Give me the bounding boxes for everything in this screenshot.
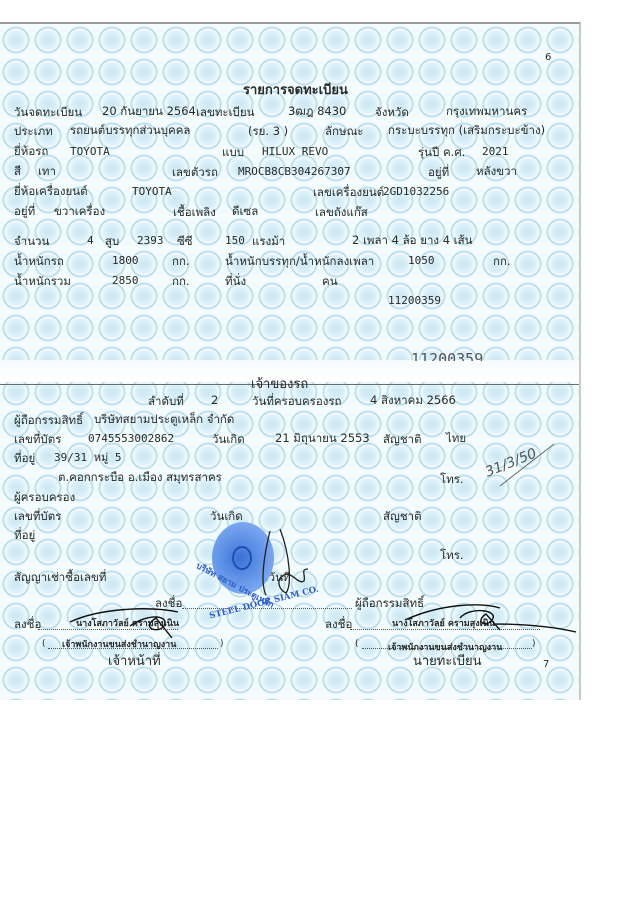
- seats-label: ที่นั่ง: [225, 276, 246, 288]
- serial-number: 11200359: [388, 295, 441, 306]
- gas-tank-label: เลขถังแก๊ส: [315, 207, 368, 219]
- engine-brand-value: TOYOTA: [132, 186, 172, 197]
- left-paren-open: (: [42, 640, 46, 649]
- owner-address-label: ที่อยู่: [14, 453, 35, 465]
- owner-nationality-value: ไทย: [446, 433, 466, 445]
- engine-loc-label: อยู่ที่: [14, 206, 35, 218]
- province-value: กรุงเทพมหานคร: [446, 106, 527, 118]
- gross-label: น้ำหนักรวม: [14, 276, 71, 288]
- hp-value: 150: [225, 235, 245, 246]
- left-official-role: เจ้าหน้าที่: [108, 655, 161, 668]
- gross-unit: กก.: [172, 276, 190, 288]
- right-official-role: นายทะเบียน: [413, 655, 482, 668]
- right-official-position: เจ้าพนักงานขนส่งชำนาญงาน: [388, 644, 502, 653]
- right-paren-open: (: [355, 640, 359, 649]
- cylinders-label: สูบ: [105, 236, 119, 248]
- seats-unit: คน: [322, 276, 338, 288]
- owner-id-value: 0745553002862: [88, 433, 174, 444]
- load-value: 1050: [408, 255, 435, 266]
- cc-value: 2393: [137, 235, 164, 246]
- type-code: (รย. 3 ): [248, 126, 288, 138]
- holder-value: บริษัทสยามประตูเหล็ก จำกัด: [94, 414, 234, 426]
- right-official-signature: [400, 600, 580, 640]
- page-number-top: 6: [545, 53, 551, 63]
- weight-value: 1800: [112, 255, 139, 266]
- plate-label: เลขทะเบียน: [196, 107, 254, 119]
- engine-loc-value: ขวาเครื่อง: [54, 206, 105, 218]
- brand-label: ยี่ห้อรถ: [14, 146, 48, 158]
- body-label: ลักษณะ: [325, 126, 363, 138]
- order-label: ลำดับที่: [148, 396, 184, 408]
- right-paren-close: ): [532, 640, 536, 649]
- possessor-address-label: ที่อยู่: [14, 530, 35, 542]
- possession-date-label: วันที่ครอบครองรถ: [252, 396, 342, 408]
- owner-address-line2: ต.คอกกระบือ อ.เมือง สมุทรสาคร: [58, 472, 222, 484]
- holder-signature: [240, 525, 330, 605]
- type-value: รถยนต์บรรทุกส่วนบุคคล: [70, 125, 190, 137]
- province-label: จังหวัด: [375, 107, 409, 119]
- model-value: HILUX REVO: [262, 146, 328, 157]
- fuel-value: ดีเซล: [232, 206, 258, 218]
- weight-unit: กก.: [172, 256, 190, 268]
- chassis-loc-label: อยู่ที่: [428, 167, 449, 179]
- owner-title: เจ้าของรถ: [251, 378, 308, 391]
- weight-label: น้ำหนักรถ: [14, 256, 64, 268]
- holder-sign-line: [182, 608, 352, 609]
- possessor-nationality-label: สัญชาติ: [383, 511, 422, 523]
- model-label: แบบ: [222, 147, 244, 159]
- count-label: จำนวน: [14, 236, 49, 248]
- type-label: ประเภท: [14, 126, 53, 138]
- possessor-title: ผู้ครอบครอง: [14, 492, 75, 504]
- engine-brand-label: ยี่ห้อเครื่องยนต์: [14, 186, 88, 198]
- color-label: สี: [14, 166, 21, 178]
- left-official-signature: [60, 602, 200, 642]
- owner-birth-value: 21 มิถุนายน 2553: [275, 433, 370, 445]
- left-paren-close: ): [220, 640, 224, 649]
- possessor-id-label: เลขที่บัตร: [14, 511, 61, 523]
- chassis-loc-value: หลังขวา: [476, 166, 517, 178]
- fuel-label: เชื้อเพลิง: [173, 207, 216, 219]
- brand-value: TOYOTA: [70, 146, 110, 157]
- owner-nationality-label: สัญชาติ: [383, 434, 422, 446]
- axles-tires: 2 เพลา 4 ล้อ ยาง 4 เส้น: [352, 235, 472, 247]
- engine-no-label: เลขเครื่องยนต์: [313, 187, 384, 199]
- cc-label: ซีซี: [177, 236, 193, 248]
- possessor-phone-label: โทร.: [440, 550, 464, 562]
- year-value: 2021: [482, 146, 509, 157]
- reg-date-value: 20 กันยายน 2564: [102, 106, 196, 118]
- reg-date-label: วันจดทะเบียน: [14, 107, 82, 119]
- color-value: เทา: [38, 166, 56, 178]
- page-number-bottom: 7: [543, 660, 549, 670]
- plate-value: 3ฒฎ 8430: [288, 106, 346, 118]
- year-label: รุ่นปี ค.ศ.: [418, 147, 465, 159]
- holder-label: ผู้ถือกรรมสิทธิ์: [14, 415, 83, 427]
- order-value: 2: [211, 395, 218, 407]
- handwritten-slash: [498, 440, 558, 490]
- cylinders-value: 4: [87, 235, 94, 246]
- chassis-label: เลขตัวรถ: [172, 167, 218, 179]
- hp-label: แรงม้า: [252, 236, 285, 248]
- right-sign-label: ลงชื่อ: [325, 619, 352, 631]
- owner-address-line1: 39/31 หมู่ 5: [54, 452, 121, 463]
- left-official-position: เจ้าพนักงานขนส่งชำนาญงาน: [62, 641, 176, 650]
- owner-phone-label: โทร.: [440, 474, 464, 486]
- possession-date-value: 4 สิงหาคม 2566: [370, 395, 456, 407]
- possessor-birth-label: วันเกิด: [210, 511, 243, 523]
- chassis-value: MROCB8CB304267307: [238, 166, 351, 177]
- registration-title: รายการจดทะเบียน: [243, 84, 348, 97]
- load-label: น้ำหนักบรรทุก/น้ำหนักลงเพลา: [225, 256, 374, 268]
- owner-birth-label: วันเกิด: [212, 434, 245, 446]
- owner-id-label: เลขที่บัตร: [14, 434, 61, 446]
- engine-no-value: 2GD1032256: [383, 186, 449, 197]
- load-unit: กก.: [493, 256, 511, 268]
- lease-label: สัญญาเช่าซื้อเลขที่: [14, 572, 106, 584]
- gross-value: 2850: [112, 275, 139, 286]
- body-value: กระบะบรรทุก (เสริมกระบะข้าง): [388, 125, 545, 137]
